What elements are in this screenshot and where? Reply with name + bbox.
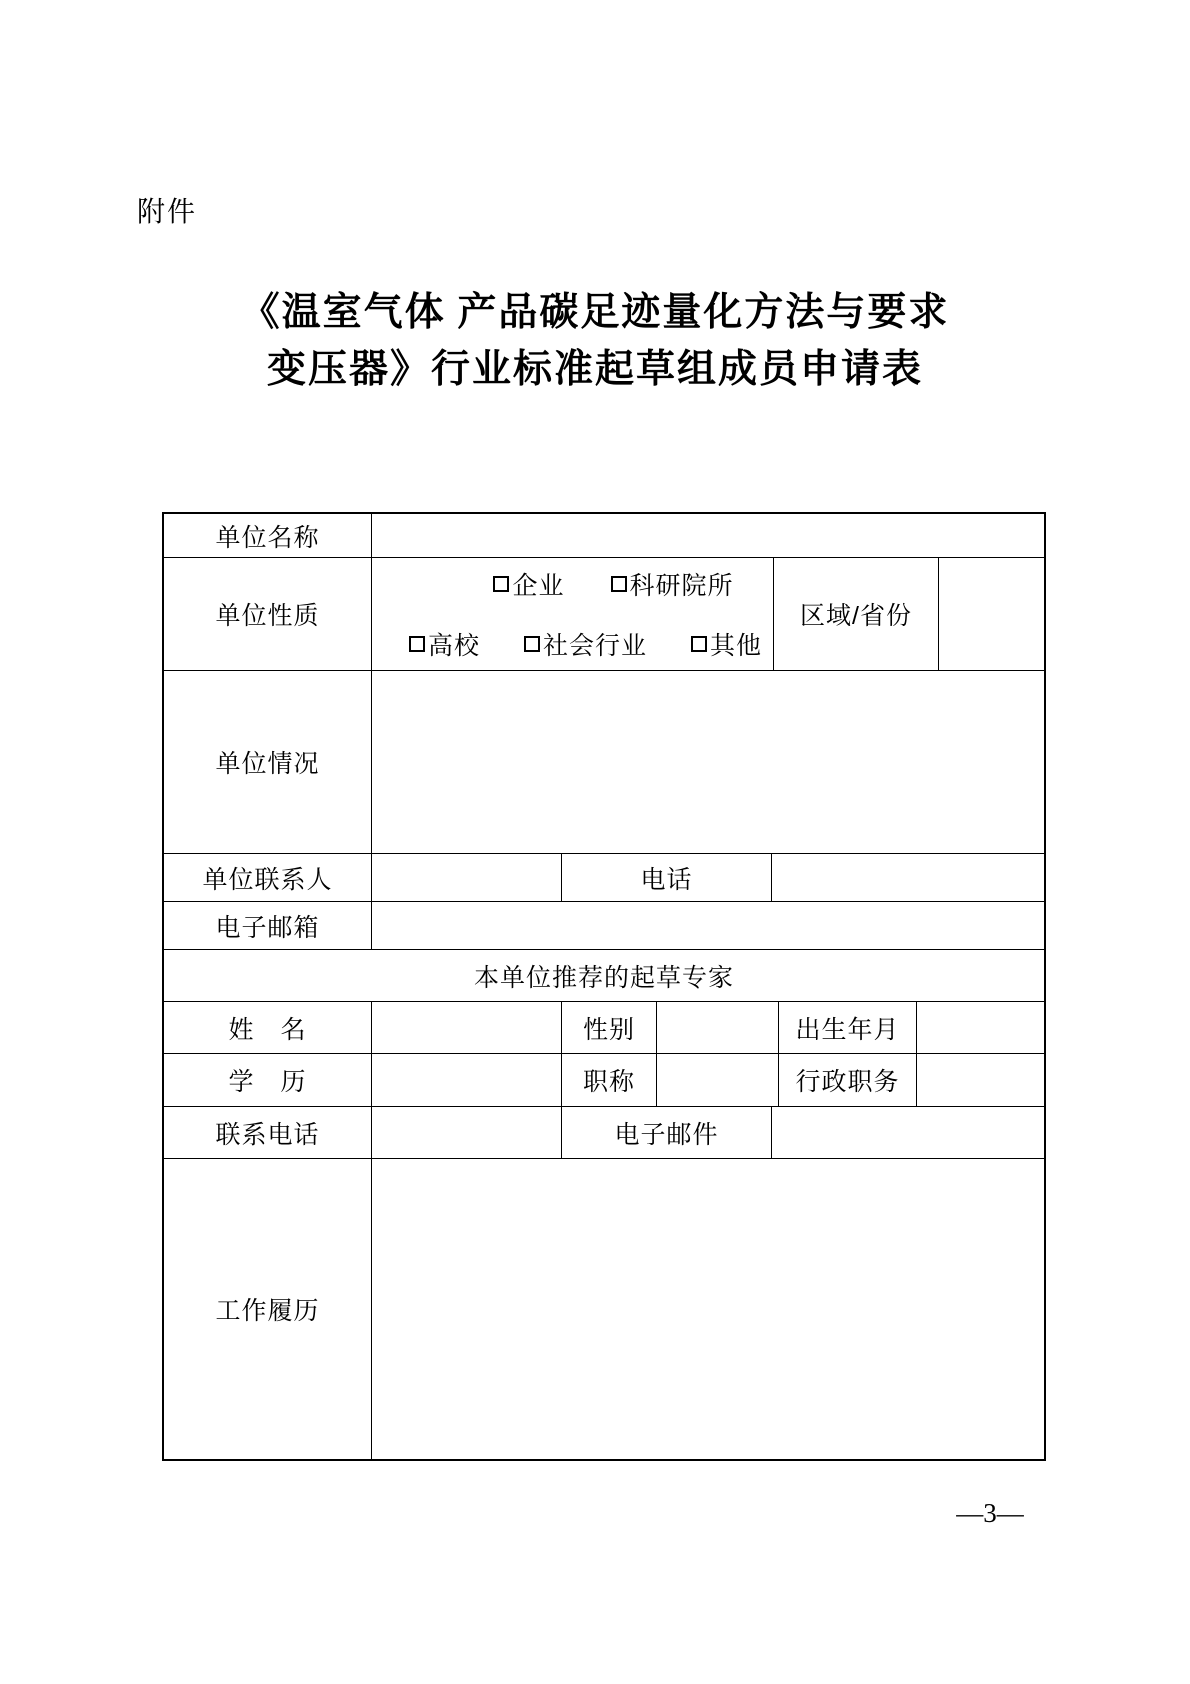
unit-nature-label: 单位性质 [164,558,372,671]
gender-label: 性别 [562,1002,657,1054]
row-work-history: 工作履历 [164,1159,1044,1459]
expert-email-label: 电子邮件 [562,1107,772,1159]
application-table: 单位名称 单位性质 企业 科研院所 [162,512,1046,1461]
education-label: 学 历 [164,1054,372,1107]
checkbox-option-university[interactable]: 高校 [409,626,480,662]
document-page: 附件 《温室气体 产品碳足迹量化方法与要求 变压器》行业标准起草组成员申请表 单… [0,0,1190,1684]
checkbox-label-university: 高校 [428,626,480,662]
checkbox-option-enterprise[interactable]: 企业 [493,566,564,602]
birth-input[interactable] [917,1002,1044,1054]
row-expert-name: 姓 名 性别 出生年月 [164,1002,1044,1054]
checkbox-icon[interactable] [524,636,540,652]
page-number: —3— [880,1498,1100,1529]
checkbox-label-social-industry: 社会行业 [543,626,647,662]
unit-nature-options: 企业 科研院所 高校 社会行业 [372,558,774,671]
phone-label: 电话 [562,854,772,902]
form-title: 《温室气体 产品碳足迹量化方法与要求 变压器》行业标准起草组成员申请表 [0,284,1190,398]
admin-post-label: 行政职务 [779,1054,917,1107]
unit-profile-input[interactable] [372,671,1044,854]
row-experts-header: 本单位推荐的起草专家 [164,950,1044,1002]
expert-name-input[interactable] [372,1002,562,1054]
form-title-line1: 《温室气体 产品碳足迹量化方法与要求 [0,284,1190,341]
email-input[interactable] [372,902,1044,950]
row-unit-contact: 单位联系人 电话 [164,854,1044,902]
checkbox-icon[interactable] [409,636,425,652]
attachment-label: 附件 [137,190,197,230]
row-unit-nature: 单位性质 企业 科研院所 高校 [164,558,1044,671]
experts-section-header: 本单位推荐的起草专家 [164,950,1044,1002]
row-unit-name: 单位名称 [164,514,1044,558]
row-unit-profile: 单位情况 [164,671,1044,854]
checkbox-icon[interactable] [691,636,707,652]
region-label: 区域/省份 [774,558,939,671]
checkbox-icon[interactable] [493,576,509,592]
work-history-label: 工作履历 [164,1159,372,1459]
gender-input[interactable] [657,1002,779,1054]
checkbox-icon[interactable] [611,576,627,592]
checkbox-option-other[interactable]: 其他 [691,626,762,662]
region-input[interactable] [939,558,1044,671]
checkbox-option-research-institute[interactable]: 科研院所 [611,566,734,602]
expert-name-label: 姓 名 [164,1002,372,1054]
title-input[interactable] [657,1054,779,1107]
contact-phone-input[interactable] [372,1107,562,1159]
birth-label: 出生年月 [779,1002,917,1054]
contact-phone-label: 联系电话 [164,1107,372,1159]
unit-name-input[interactable] [372,514,1044,558]
title-label: 职称 [562,1054,657,1107]
unit-profile-label: 单位情况 [164,671,372,854]
row-contact-phone: 联系电话 电子邮件 [164,1107,1044,1159]
admin-post-input[interactable] [917,1054,1044,1107]
form-title-line2: 变压器》行业标准起草组成员申请表 [0,341,1190,398]
checkbox-label-other: 其他 [710,626,762,662]
email-label: 电子邮箱 [164,902,372,950]
phone-input[interactable] [772,854,1044,902]
row-email: 电子邮箱 [164,902,1044,950]
checkbox-label-research-institute: 科研院所 [630,566,734,602]
expert-email-input[interactable] [772,1107,1044,1159]
education-input[interactable] [372,1054,562,1107]
checkbox-option-social-industry[interactable]: 社会行业 [524,626,647,662]
row-expert-education: 学 历 职称 行政职务 [164,1054,1044,1107]
unit-contact-input[interactable] [372,854,562,902]
unit-contact-label: 单位联系人 [164,854,372,902]
checkbox-label-enterprise: 企业 [512,566,564,602]
work-history-input[interactable] [372,1159,1044,1459]
unit-name-label: 单位名称 [164,514,372,558]
